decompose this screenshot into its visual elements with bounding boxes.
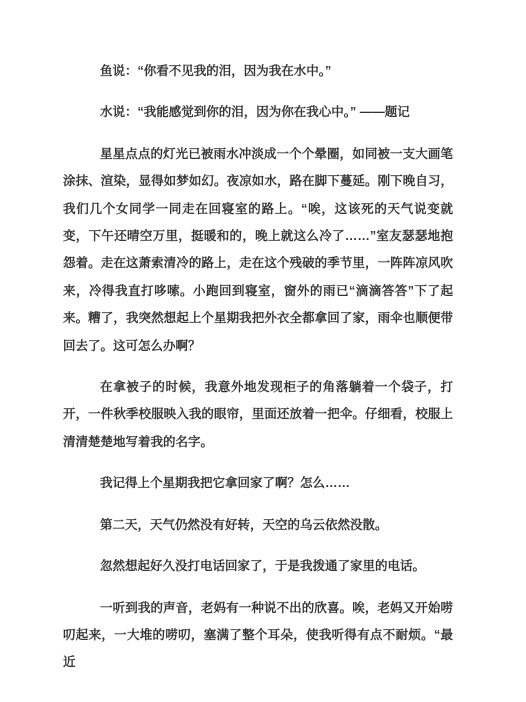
essay-paragraph-night-rain: 星星点点的灯光已被雨水冲淡成一个个晕圈，如同被一支大画笔涂抹、渲染，显得如梦如幻…: [63, 141, 453, 360]
essay-content: 鱼说：“你看不见我的泪，因为我在水中。” 水说：“我能感觉到你的泪，因为你在我心…: [63, 58, 453, 691]
essay-paragraph-found-bag: 在拿被子的时候，我意外地发现柜子的角落躺着一个袋子，打开，一件秋季校服映入我的眼…: [63, 374, 453, 456]
essay-paragraph-wondering: 我记得上个星期我把它拿回家了啊？怎么……: [63, 470, 453, 497]
essay-paragraph-phone-home: 忽然想起好久没打电话回家了，于是我拨通了家里的电话。: [63, 553, 453, 580]
essay-paragraph-next-day: 第二天，天气仍然没有好转，天空的乌云依然没散。: [63, 512, 453, 539]
epigraph-line-fish: 鱼说：“你看不见我的泪，因为我在水中。”: [63, 58, 453, 85]
essay-page: 鱼说：“你看不见我的泪，因为我在水中。” 水说：“我能感觉到你的泪，因为你在我心…: [0, 0, 526, 702]
epigraph-line-water: 水说：“我能感觉到你的泪，因为你在我心中。” ——题记: [63, 99, 453, 126]
document-body: { "page": { "background_color": "#ffffff…: [0, 0, 526, 702]
essay-paragraph-mom-nagging: 一听到我的声音，老妈有一种说不出的欣喜。唉，老妈又开始唠叨起来，一大堆的唠叨，塞…: [63, 595, 453, 677]
